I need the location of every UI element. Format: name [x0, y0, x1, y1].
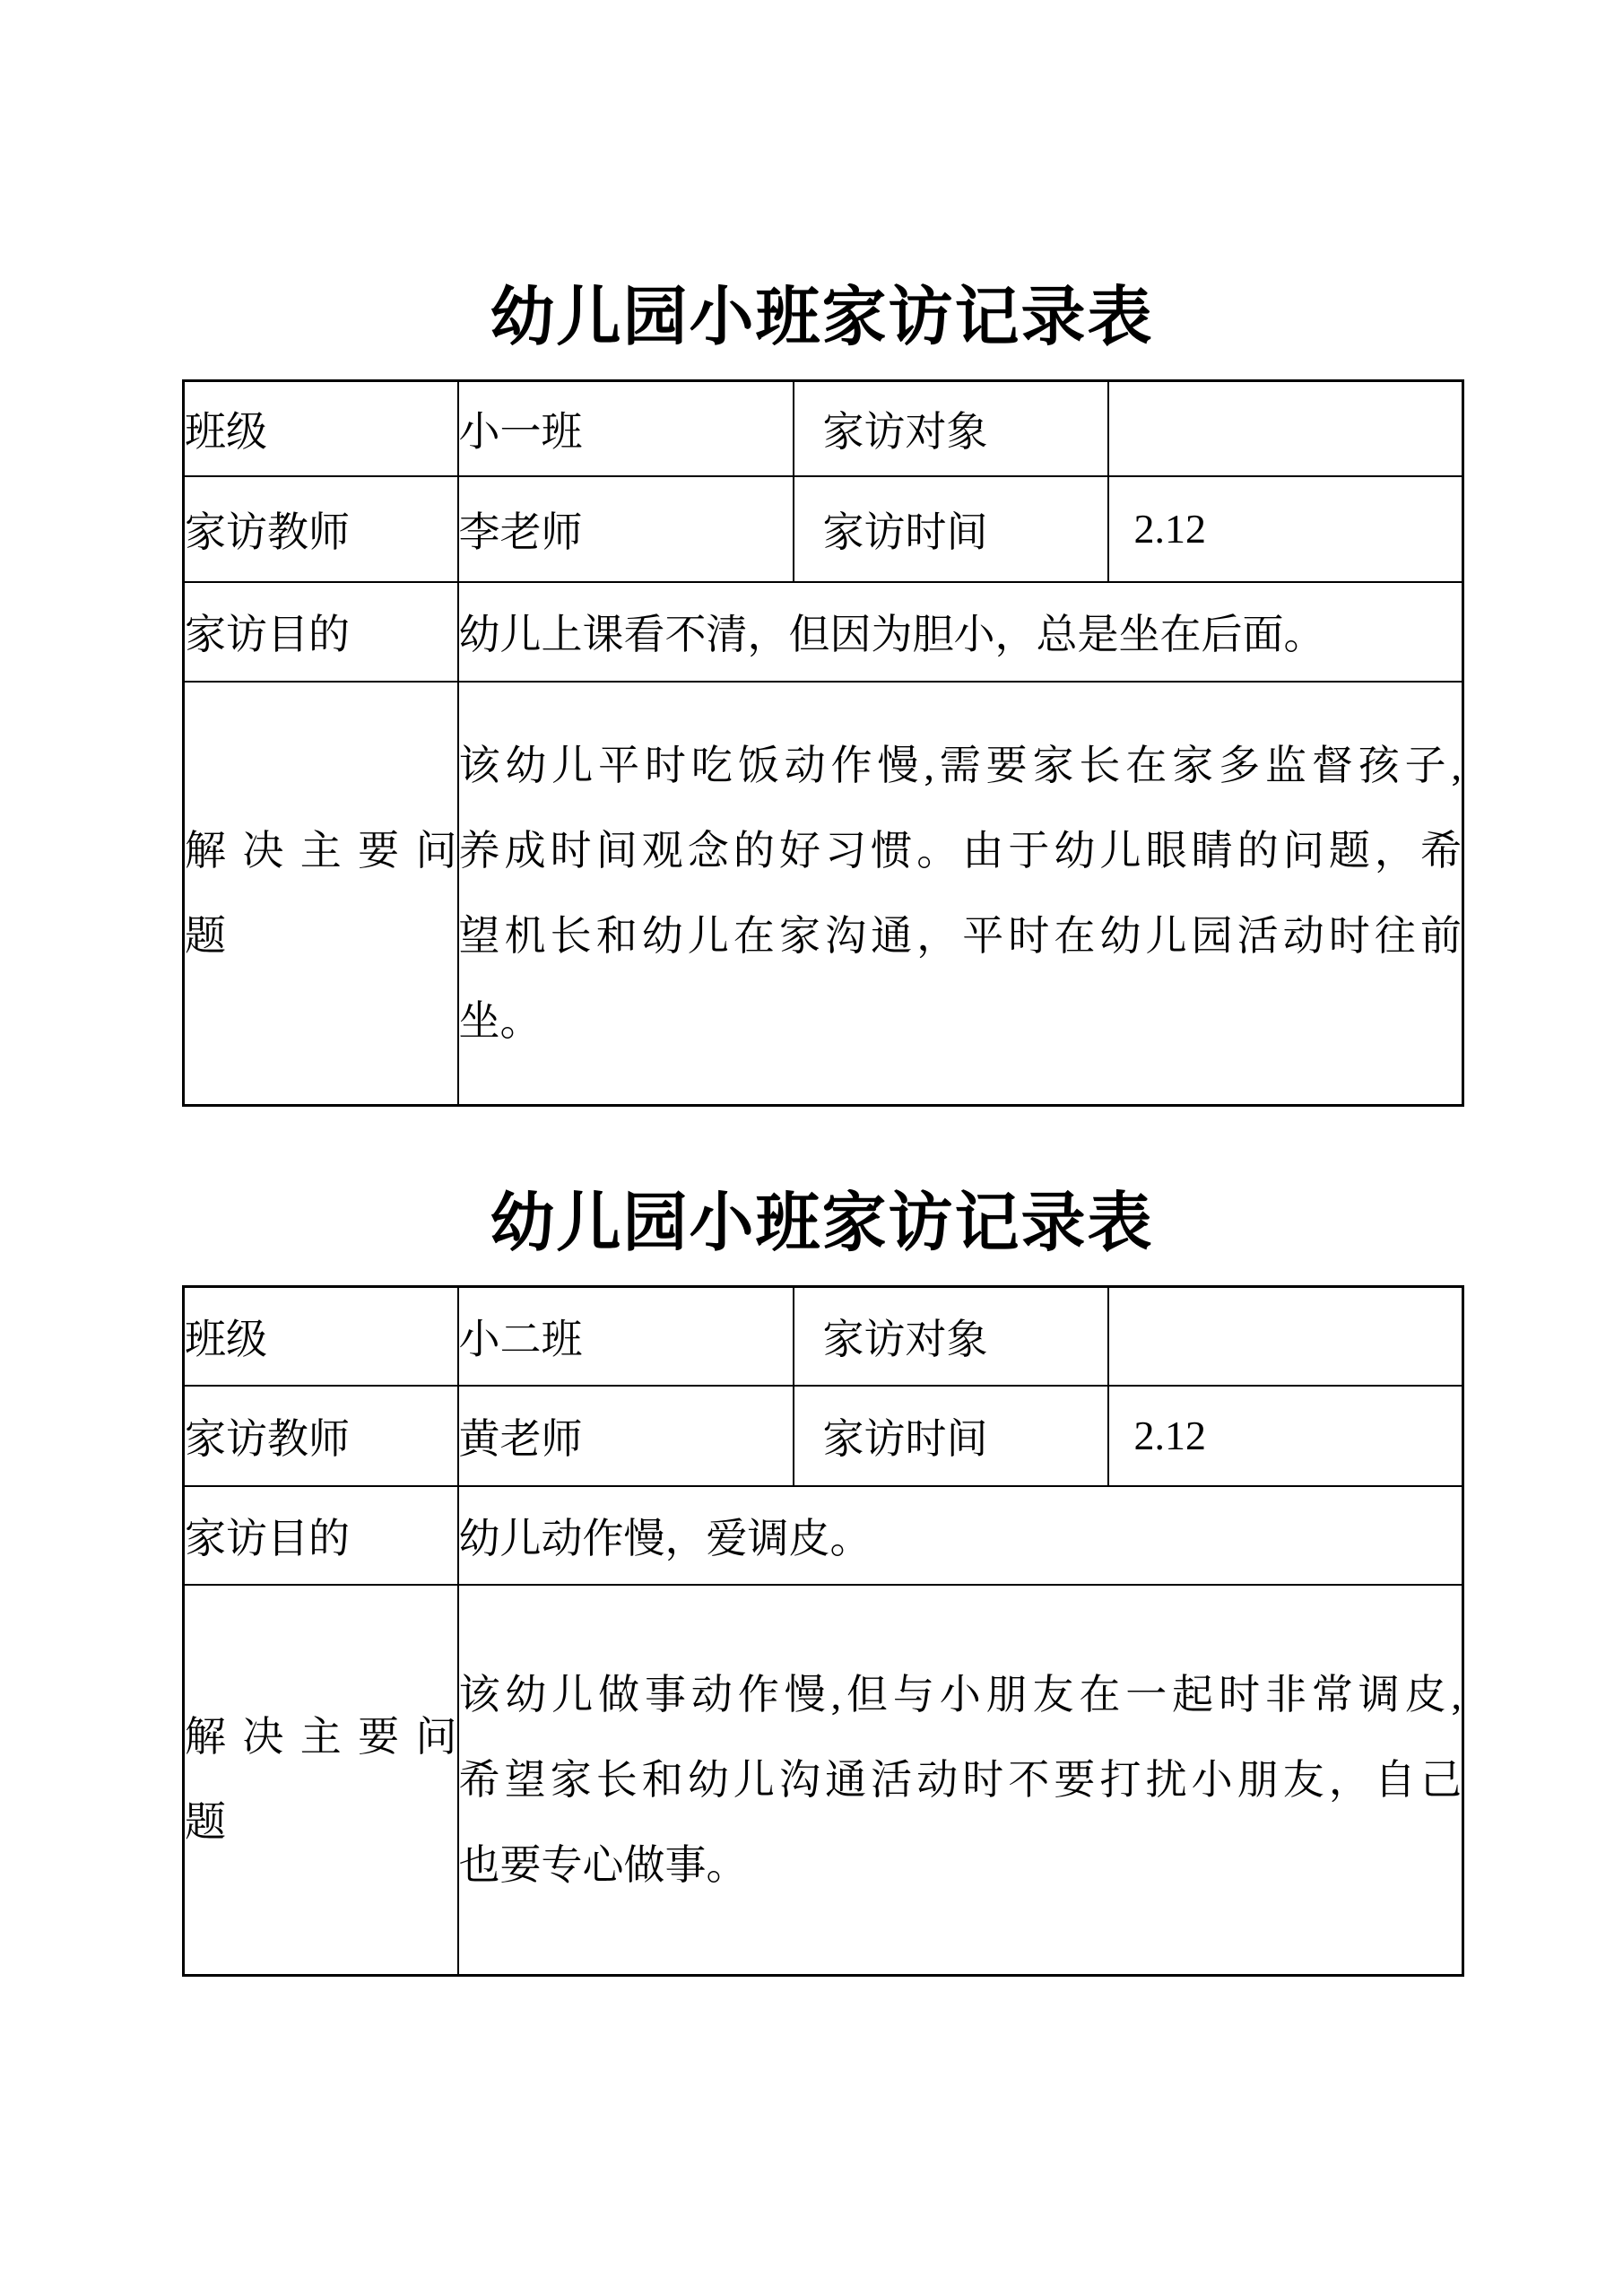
visit-target-value-cell [1108, 381, 1463, 476]
form-title-2: 幼儿园小班家访记录表 [182, 1187, 1462, 1259]
problem-label-line: 题 [185, 1779, 457, 1865]
table-row: 班级 小一班 家访对象 [184, 381, 1463, 476]
teacher-label-cell: 家访教师 [184, 476, 458, 582]
problem-label-line: 解决主要问 [185, 1694, 457, 1779]
table-row: 解决主要问 题 该幼儿平时吃饭动作慢,需要家长在家多监督孩子, 养成时间观念的好… [184, 682, 1463, 1106]
purpose-value-cell: 幼儿上课看不清，但因为胆小，总是坐在后面。 [458, 582, 1463, 682]
problem-line: 该幼儿平时吃饭动作慢,需要家长在家多监督孩子, [459, 723, 1462, 808]
teacher-value-cell: 黄老师 [458, 1386, 794, 1486]
form-title-1: 幼儿园小班家访记录表 [182, 282, 1462, 353]
table-row: 家访目的 幼儿上课看不清，但因为胆小，总是坐在后面。 [184, 582, 1463, 682]
problem-line: 望机长和幼儿在家沟通，平时在幼儿园活动时往前 [459, 893, 1462, 978]
class-value-cell: 小一班 [458, 381, 794, 476]
purpose-value-cell: 幼儿动作慢，爱调皮。 [458, 1486, 1463, 1585]
class-label-cell: 班级 [184, 381, 458, 476]
document-page: 幼儿园小班家访记录表 班级 小一班 家访对象 家访教师 李老师 家访时间 2.1… [0, 0, 1623, 2296]
visit-target-label-cell: 家访对象 [794, 1287, 1108, 1386]
problem-label-cell: 解决主要问 题 [184, 1585, 458, 1976]
record-table-1: 班级 小一班 家访对象 家访教师 李老师 家访时间 2.12 家访目的 幼儿上课… [182, 379, 1464, 1107]
time-label-cell: 家访时间 [794, 476, 1108, 582]
teacher-label-cell: 家访教师 [184, 1386, 458, 1486]
problem-label-line: 题 [185, 893, 457, 978]
problem-line: 坐。 [459, 978, 1462, 1064]
problem-line: 也要专心做事。 [459, 1822, 1462, 1908]
problem-line: 希望家长和幼儿沟通活动时不要打扰小朋友，自己 [459, 1737, 1462, 1822]
table-row: 解决主要问 题 该幼儿做事动作慢,但与小朋友在一起时非常调皮, 希望家长和幼儿沟… [184, 1585, 1463, 1976]
time-label-cell: 家访时间 [794, 1386, 1108, 1486]
time-value-cell: 2.12 [1108, 476, 1463, 582]
problem-label-line: 解决主要问 [185, 808, 457, 893]
class-label-cell: 班级 [184, 1287, 458, 1386]
problem-label-cell: 解决主要问 题 [184, 682, 458, 1106]
problem-value-cell: 该幼儿做事动作慢,但与小朋友在一起时非常调皮, 希望家长和幼儿沟通活动时不要打扰… [458, 1585, 1463, 1976]
table-row: 家访目的 幼儿动作慢，爱调皮。 [184, 1486, 1463, 1585]
visit-target-value-cell [1108, 1287, 1463, 1386]
class-value-cell: 小二班 [458, 1287, 794, 1386]
visit-target-label-cell: 家访对象 [794, 381, 1108, 476]
problem-value-cell: 该幼儿平时吃饭动作慢,需要家长在家多监督孩子, 养成时间观念的好习惯。由于幼儿眼… [458, 682, 1463, 1106]
problem-line: 养成时间观念的好习惯。由于幼儿眼睛的问题，希 [459, 808, 1462, 893]
time-value-cell: 2.12 [1108, 1386, 1463, 1486]
record-table-2: 班级 小二班 家访对象 家访教师 黄老师 家访时间 2.12 家访目的 幼儿动作… [182, 1285, 1464, 1977]
table-row: 班级 小二班 家访对象 [184, 1287, 1463, 1386]
purpose-label-cell: 家访目的 [184, 582, 458, 682]
teacher-value-cell: 李老师 [458, 476, 794, 582]
table-row: 家访教师 李老师 家访时间 2.12 [184, 476, 1463, 582]
purpose-label-cell: 家访目的 [184, 1486, 458, 1585]
table-row: 家访教师 黄老师 家访时间 2.12 [184, 1386, 1463, 1486]
problem-line: 该幼儿做事动作慢,但与小朋友在一起时非常调皮, [459, 1652, 1462, 1737]
